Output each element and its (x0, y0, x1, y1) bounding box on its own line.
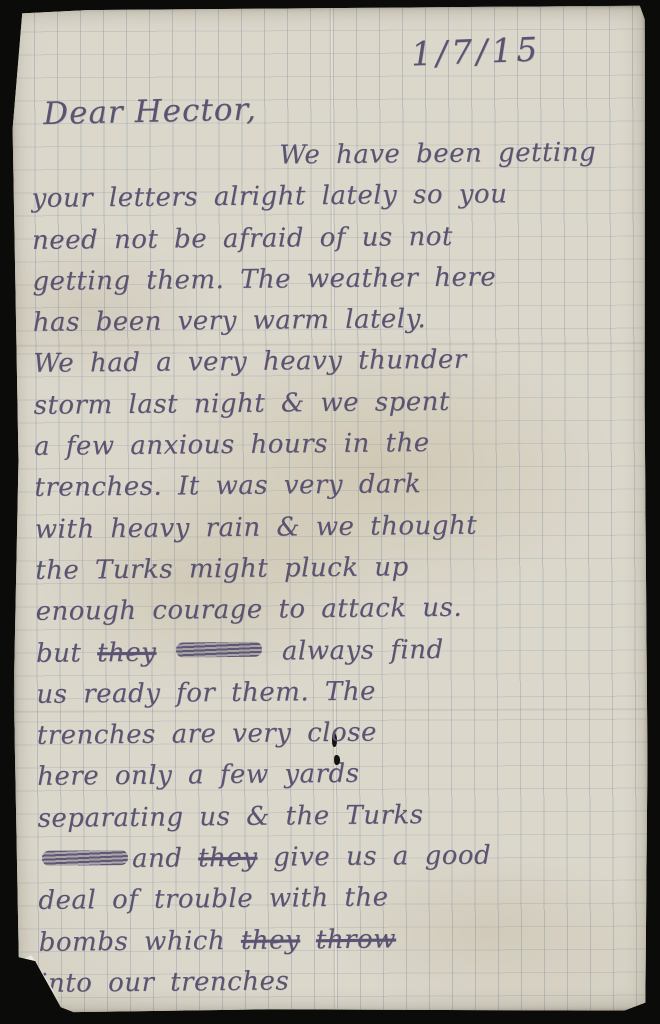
letter-text: getting them. The weather here (32, 262, 496, 296)
letter-line: with heavy rain & we thought (35, 509, 647, 556)
letter-line: has been very warm lately. (33, 302, 645, 349)
letter-text: deal of trouble with the (38, 883, 388, 916)
scribbled-out-word (42, 850, 128, 866)
letter-line: bombs which they throw (39, 922, 651, 969)
struck-word: throw (316, 924, 396, 955)
photo-background: 1/7/15 Dear Hector, We have been getting… (0, 0, 660, 1024)
letter-page: 1/7/15 Dear Hector, We have been getting… (11, 6, 649, 1014)
letter-text (300, 925, 316, 955)
letter-text: need not be afraid of us not (32, 221, 453, 255)
letter-line: here only a few yards (37, 756, 649, 803)
letter-salutation: Dear Hector, (43, 91, 257, 132)
letter-text: into our trenches (39, 966, 289, 998)
letter-text: always find (266, 635, 444, 667)
letter-line: separating us & the Turks (37, 798, 649, 845)
letter-text (156, 637, 172, 667)
letter-body: We have been gettingyour letters alright… (31, 137, 651, 1010)
letter-line: enough courage to attack us. (35, 591, 647, 638)
letter-text: storm last night & we spent (34, 387, 450, 421)
letter-line: us ready for them. The (36, 674, 648, 721)
letter-line: deal of trouble with the (38, 880, 650, 927)
struck-word: they (198, 843, 258, 874)
letter-line: and they give us a good (38, 839, 650, 886)
letter-text: enough courage to attack us. (35, 593, 462, 627)
letter-text: us ready for them. The (36, 676, 376, 709)
letter-line: We have been getting (31, 137, 643, 184)
letter-text: trenches. It was very dark (34, 470, 421, 504)
letter-text: bombs which (39, 926, 241, 958)
struck-word: they (97, 637, 157, 668)
letter-line: getting them. The weather here (32, 261, 644, 308)
letter-text: separating us & the Turks (37, 800, 423, 834)
letter-text: has been very warm lately. (33, 304, 427, 338)
struck-word: they (241, 925, 301, 956)
letter-text: your letters alright lately so you (32, 180, 508, 215)
letter-text: We have been getting (279, 137, 596, 170)
letter-text: and (132, 843, 198, 874)
letter-text: the Turks might pluck up (35, 552, 409, 586)
letter-line: trenches. It was very dark (34, 467, 646, 514)
letter-line: a few anxious hours in the (34, 426, 646, 473)
letter-line: trenches are very close (37, 715, 649, 762)
letter-text: We had a very heavy thunder (33, 345, 467, 379)
letter-text: a few anxious hours in the (34, 428, 430, 462)
letter-line: storm last night & we spent (34, 385, 646, 432)
letter-line: into our trenches (39, 963, 651, 1010)
letter-line: We had a very heavy thunder (33, 344, 645, 391)
letter-line: but they always find (36, 633, 648, 680)
letter-line: your letters alright lately so you (32, 178, 644, 225)
letter-line: need not be afraid of us not (32, 220, 644, 267)
letter-text: give us a good (257, 841, 491, 873)
letter-line: the Turks might pluck up (35, 550, 647, 597)
letter-text: here only a few yards (37, 759, 360, 792)
scribbled-out-word (176, 642, 262, 658)
letter-text: with heavy rain & we thought (35, 510, 478, 544)
letter-text: trenches are very close (37, 718, 377, 751)
letter-text: but (36, 638, 97, 669)
